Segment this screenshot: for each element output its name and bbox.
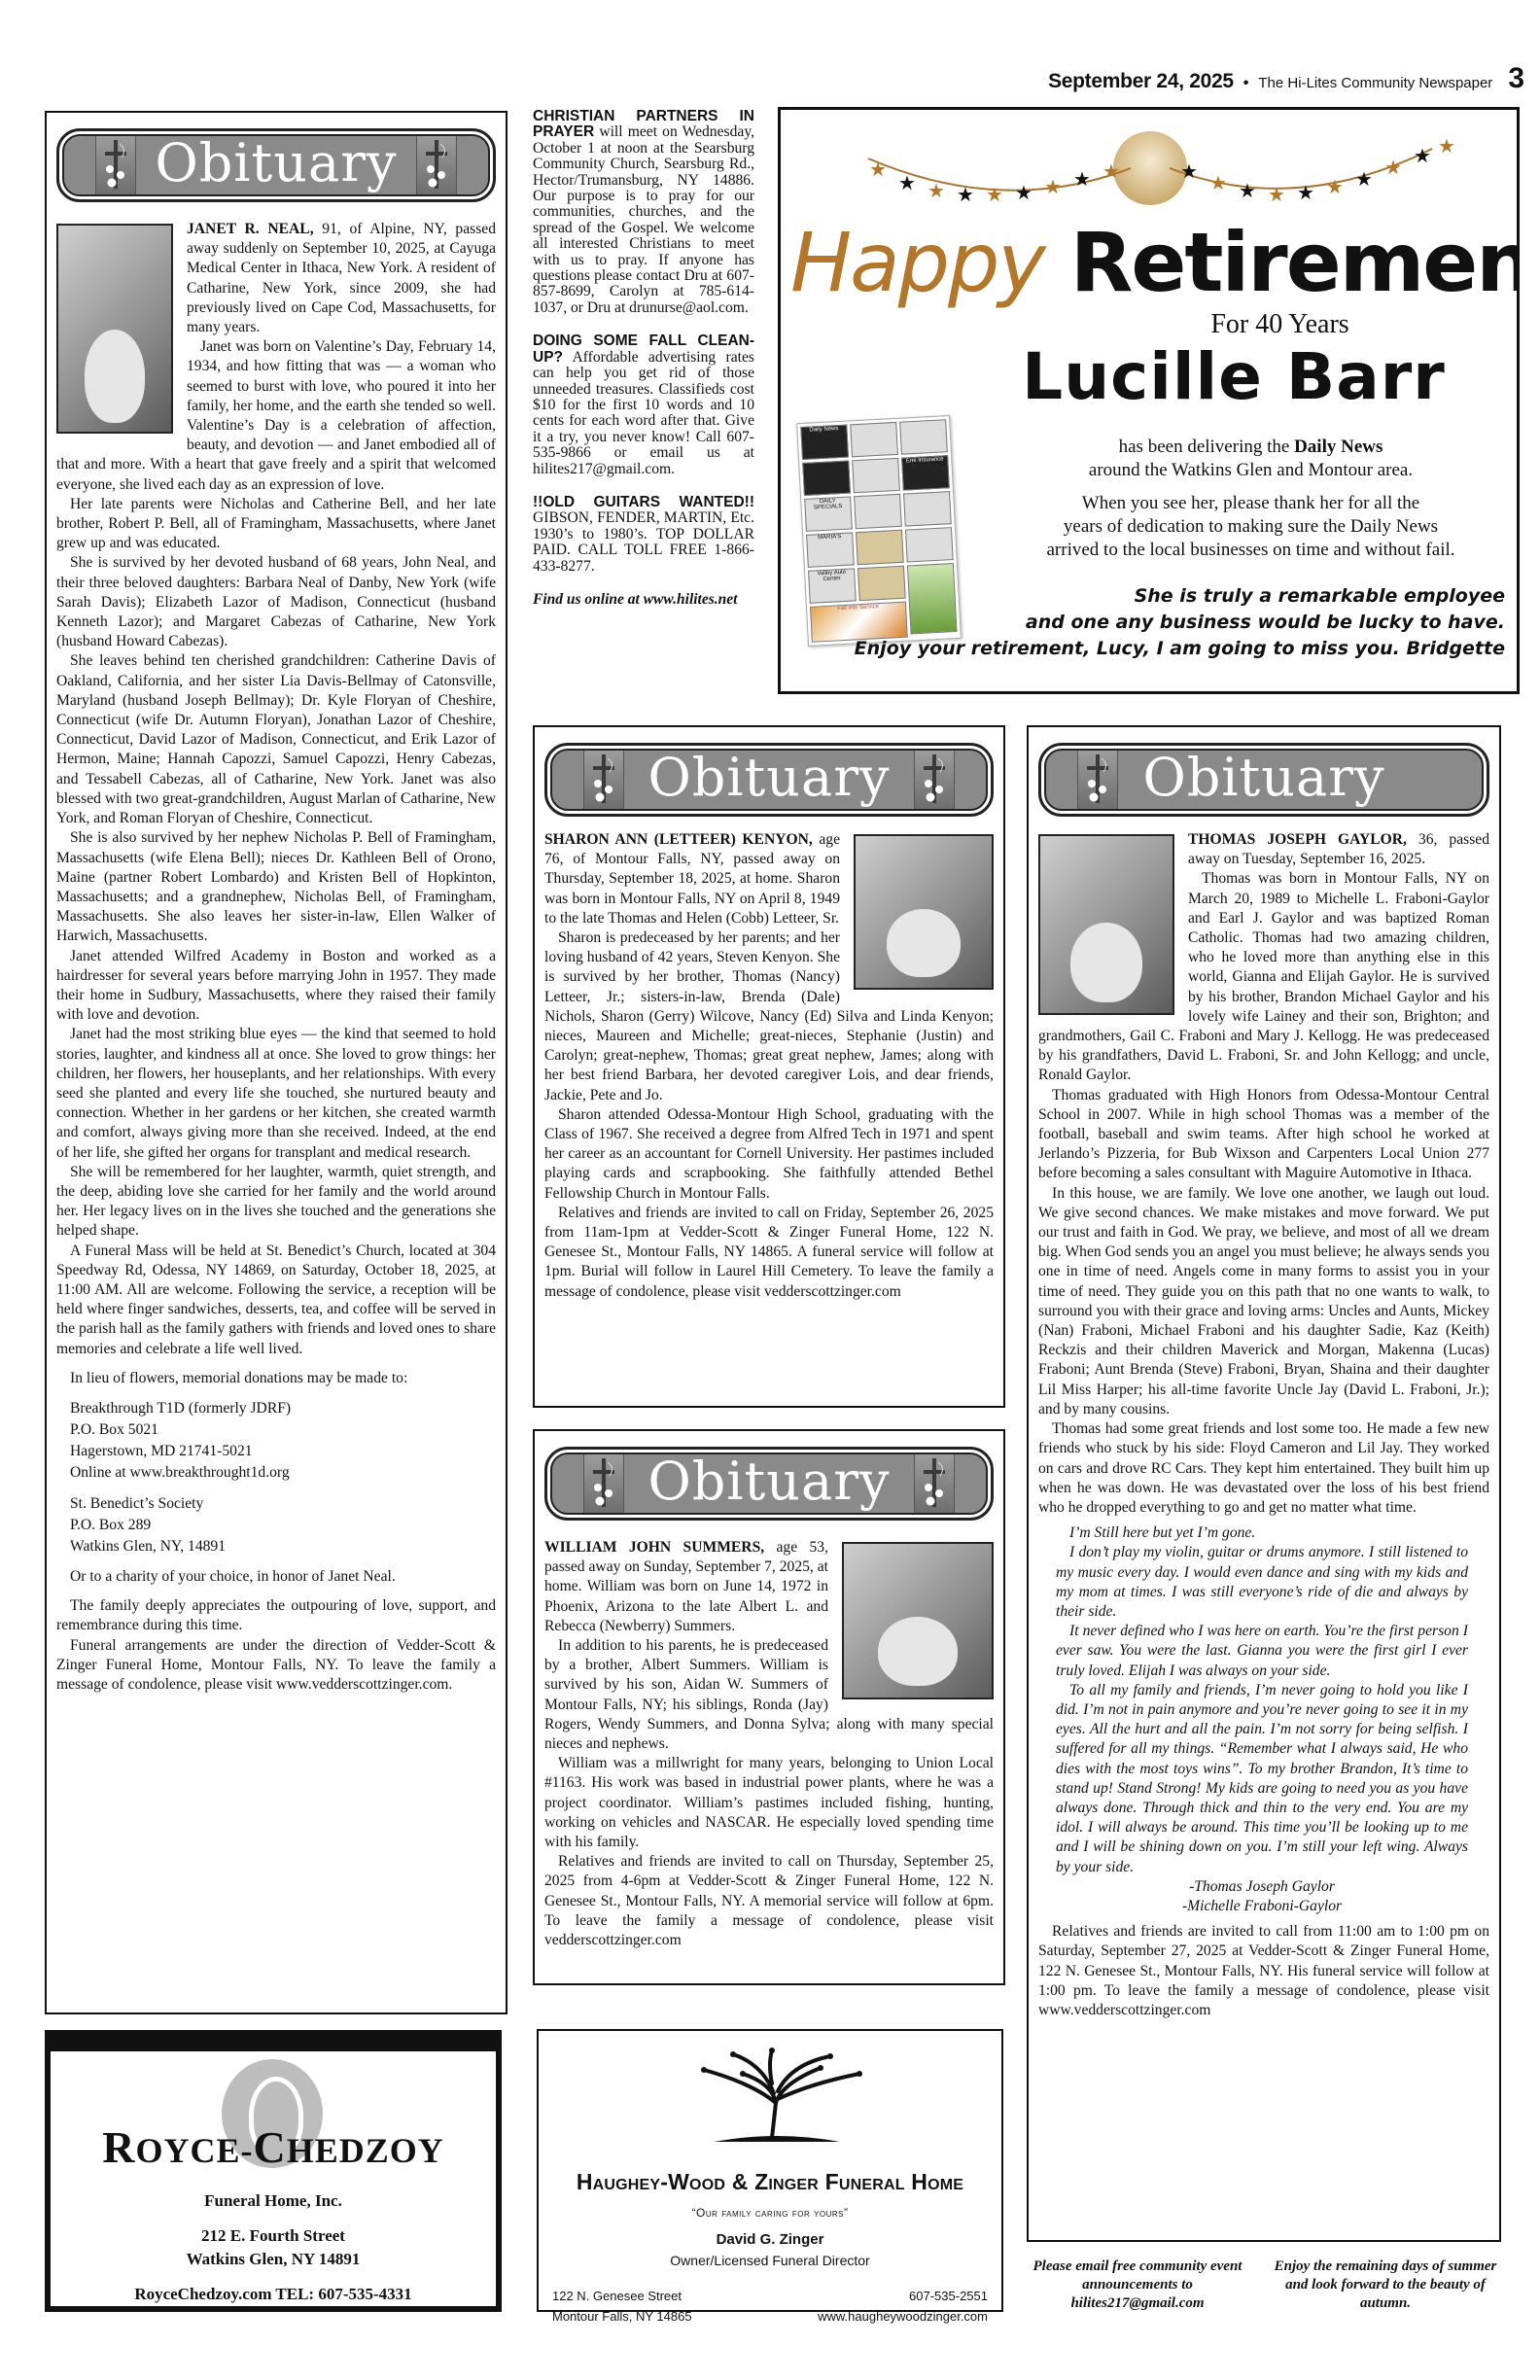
- collage-tile: [802, 461, 851, 496]
- name-part: C: [253, 2122, 286, 2172]
- page-number: 3: [1508, 62, 1524, 95]
- address-line: P.O. Box 289: [70, 1515, 496, 1536]
- obituary-janet-neal: Obituary JANET R. NEAL, 91, of Alpine, N…: [45, 111, 507, 2014]
- obituary-banner: Obituary: [544, 1447, 994, 1521]
- masthead: September 24, 2025 • The Hi-Lites Commun…: [1048, 62, 1524, 91]
- director-name: David G. Zinger: [539, 2231, 1001, 2248]
- website-link[interactable]: Find us online at www.hilites.net: [533, 592, 754, 608]
- svg-text:★: ★: [1438, 136, 1455, 157]
- obituary-sharon-kenyon: Obituary SHARON ANN (LETTEER) KENYON, ag…: [533, 725, 1005, 1408]
- poem-stanza: It never defined who I was here on earth…: [1056, 1622, 1468, 1681]
- portrait-photo-janet-neal: [56, 224, 173, 434]
- message-line: has been delivering the: [1119, 437, 1294, 457]
- closing-line: She is truly a remarkable employee: [790, 583, 1505, 610]
- portrait-photo-sharon-kenyon: [854, 834, 994, 990]
- star-garland-icon: ★★★★★★★★★ ★★★★★★★★★★: [839, 129, 1461, 227]
- address-line: Hagerstown, MD 21741-5021: [70, 1441, 496, 1462]
- obituary-thomas-gaylor: Obituary THOMAS JOSEPH GAYLOR, 36, passe…: [1027, 725, 1501, 2242]
- svg-text:★: ★: [1239, 181, 1256, 202]
- tree-logo-icon: [675, 2045, 879, 2146]
- obit-paragraph: Relatives and friends are invited to cal…: [544, 1204, 994, 1302]
- address-block: 122 N. Genesee Street Montour Falls, NY …: [552, 2286, 692, 2327]
- portrait-photo-thomas-gaylor: [1038, 834, 1174, 1015]
- cross-lily-icon: [1077, 751, 1118, 809]
- portrait-photo-william-summers: [842, 1542, 994, 1699]
- donation-other: Or to a charity of your choice, in honor…: [56, 1567, 496, 1587]
- obit-paragraph: A Funeral Mass will be held at St. Bened…: [56, 1242, 496, 1359]
- svg-text:★: ★: [1355, 169, 1373, 191]
- email-announcement-note: Please email free community event announ…: [1021, 2257, 1254, 2313]
- contact-line[interactable]: RoyceChedzoy.com TEL: 607-535-4331: [51, 2285, 496, 2304]
- svg-text:★: ★: [1384, 157, 1402, 179]
- address-line: 212 E. Fourth Street: [51, 2226, 496, 2246]
- message-line: arrived to the local businesses on time …: [995, 539, 1507, 562]
- svg-text:★: ★: [1180, 161, 1198, 183]
- phone-number[interactable]: 607-535-2551: [818, 2286, 988, 2306]
- collage-tile: [899, 419, 948, 454]
- banner-title: Obituary: [647, 752, 890, 804]
- funeral-home-name: Haughey-Wood & Zinger Funeral Home: [539, 2169, 1001, 2195]
- obit-paragraph: Thomas had some great friends and lost s…: [1038, 1419, 1489, 1518]
- svg-text:★: ★: [1044, 177, 1062, 198]
- obit-paragraph: Relatives and friends are invited to cal…: [544, 1852, 994, 1950]
- poem-stanza: I don’t play my violin, guitar or drums …: [1056, 1543, 1468, 1622]
- decedent-name: JANET R. NEAL,: [187, 221, 314, 237]
- collage-tile: [852, 458, 900, 493]
- donation-link[interactable]: Online at www.breakthrought1d.org: [70, 1462, 496, 1484]
- classifieds-column: CHRISTIAN PARTNERS IN PRAYER will meet o…: [533, 109, 754, 625]
- obit-paragraph: She is survived by her devoted husband o…: [56, 553, 496, 651]
- seasonal-note: Enjoy the remaining days of summer and l…: [1264, 2257, 1507, 2313]
- banner-title: Obituary: [647, 1455, 890, 1508]
- address-line: Montour Falls, NY 14865: [552, 2306, 692, 2327]
- retirement-message: has been delivering the Daily News aroun…: [995, 436, 1507, 562]
- obit-paragraph: She is also survived by her nephew Nicho…: [56, 828, 496, 946]
- cross-lily-icon: [914, 1454, 955, 1513]
- address-line: P.O. Box 5021: [70, 1419, 496, 1441]
- address-line: St. Benedict’s Society: [70, 1493, 496, 1515]
- svg-text:★: ★: [1102, 161, 1120, 183]
- svg-text:★: ★: [957, 185, 974, 206]
- classified-cleanup: DOING SOME FALL CLEAN-UP? Affordable adv…: [533, 333, 754, 477]
- collage-tile: [856, 530, 904, 565]
- decedent-name: WILLIAM JOHN SUMMERS,: [544, 1539, 764, 1556]
- collage-tile: [850, 422, 898, 457]
- cross-lily-icon: [95, 136, 136, 194]
- obit-paragraph: William was a millwright for many years,…: [544, 1754, 994, 1852]
- cross-lily-icon: [583, 1454, 624, 1513]
- name-part: R: [102, 2122, 135, 2172]
- obit-paragraph: In this house, we are family. We love on…: [1038, 1184, 1489, 1419]
- obit-paragraph: Sharon attended Odessa-Montour High Scho…: [544, 1105, 994, 1204]
- collage-tile: Daily News: [800, 425, 849, 460]
- address-line: Watkins Glen, NY 14891: [51, 2250, 496, 2269]
- obit-paragraph: Funeral arrangements are under the direc…: [56, 1636, 496, 1696]
- address-line: Watkins Glen, NY, 14891: [70, 1536, 496, 1557]
- svg-text:★: ★: [1414, 146, 1431, 167]
- separator: •: [1243, 75, 1249, 92]
- collage-tile: Erie Insurance: [901, 455, 950, 490]
- classified-body: Affordable advertising rates can help yo…: [533, 349, 754, 477]
- address-line: Breakthrough T1D (formerly JDRF): [70, 1398, 496, 1419]
- svg-text:★: ★: [1209, 173, 1227, 194]
- paper-name: The Hi-Lites Community Newspaper: [1258, 75, 1492, 91]
- funeral-home-name: ROYCE-CHEDZOY: [51, 2121, 496, 2173]
- poem-signature: -Michelle Fraboni-Gaylor: [1056, 1897, 1468, 1916]
- svg-text:★: ★: [1268, 185, 1285, 206]
- royce-chedzoy-ad: ROYCE-CHEDZOY Funeral Home, Inc. 212 E. …: [45, 2030, 502, 2312]
- poem-signature: -Thomas Joseph Gaylor: [1056, 1877, 1468, 1897]
- retiree-name: Lucille Barr: [951, 339, 1517, 414]
- message-line: When you see her, please thank her for a…: [995, 492, 1507, 515]
- tagline: “Our family caring for yours”: [539, 2206, 1001, 2220]
- retirement-closing: She is truly a remarkable employee and o…: [790, 583, 1505, 662]
- name-part: HEDZOY: [287, 2131, 444, 2170]
- donation-st-benedicts: St. Benedict’s Society P.O. Box 289 Watk…: [56, 1493, 496, 1557]
- classified-guitars: !!OLD GUITARS WANTED!! GIBSON, FENDER, M…: [533, 495, 754, 575]
- donation-intro: In lieu of flowers, memorial donations m…: [56, 1369, 496, 1388]
- retirement-ad: ★★★★★★★★★ ★★★★★★★★★★ Happy Retirement Fo…: [778, 107, 1520, 694]
- svg-text:★: ★: [898, 173, 916, 194]
- message-line: around the Watkins Glen and Montour area…: [995, 459, 1507, 482]
- closing-line: Enjoy your retirement, Lucy, I am going …: [790, 636, 1505, 662]
- poem-stanza: To all my family and friends, I’m never …: [1056, 1681, 1468, 1877]
- daily-news-name: Daily News: [1294, 437, 1382, 457]
- funeral-home-subtitle: Funeral Home, Inc.: [51, 2191, 496, 2211]
- name-part: OYCE: [135, 2131, 240, 2170]
- obit-paragraph: Janet had the most striking blue eyes — …: [56, 1025, 496, 1162]
- collage-tile: MARIA'S: [806, 532, 855, 567]
- svg-text:★: ★: [1326, 177, 1344, 198]
- memorial-poem: I’m Still here but yet I’m gone. I don’t…: [1056, 1523, 1468, 1916]
- obituary-william-summers: Obituary WILLIAM JOHN SUMMERS, age 53, p…: [533, 1429, 1005, 1985]
- years-of-service: For 40 Years: [1043, 309, 1517, 340]
- obit-paragraph: 91, of Alpine, NY, passed away suddenly …: [187, 221, 496, 335]
- svg-text:★: ★: [1073, 169, 1091, 191]
- svg-text:★: ★: [869, 159, 887, 181]
- collage-tile: [903, 491, 952, 526]
- obit-paragraph: She leaves behind ten cherished grandchi…: [56, 651, 496, 828]
- banner-title: Obituary: [1142, 752, 1384, 804]
- poem-stanza: I’m Still here but yet I’m gone.: [1056, 1523, 1468, 1543]
- banner-title: Obituary: [155, 137, 397, 190]
- classified-heading: !!OLD GUITARS WANTED!!: [533, 494, 754, 510]
- director-title: Owner/Licensed Funeral Director: [539, 2253, 1001, 2268]
- cross-lily-icon: [583, 751, 624, 809]
- website-link[interactable]: www.haugheywoodzinger.com: [818, 2306, 988, 2327]
- retirement-heading: Happy Retirement: [790, 222, 1520, 303]
- collage-tile: [854, 494, 902, 529]
- obit-paragraph: Thomas graduated with High Honors from O…: [1038, 1086, 1489, 1184]
- decedent-name: SHARON ANN (LETTEER) KENYON,: [544, 831, 813, 848]
- issue-date: September 24, 2025: [1048, 70, 1234, 93]
- svg-text:★: ★: [1297, 183, 1314, 204]
- classified-body: GIBSON, FENDER, MARTIN, Etc. 1930’s to 1…: [533, 509, 754, 574]
- collage-tile: [905, 527, 954, 562]
- obituary-banner: Obituary: [56, 128, 496, 202]
- classified-body: will meet on Wednesday, October 1 at noo…: [533, 123, 754, 315]
- svg-text:★: ★: [1015, 183, 1032, 204]
- name-part: -: [240, 2131, 253, 2170]
- obit-paragraph: The family deeply appreciates the outpou…: [56, 1596, 496, 1635]
- svg-text:★: ★: [986, 185, 1003, 206]
- obituary-banner: Obituary: [544, 743, 994, 817]
- contact-block: 607-535-2551 www.haugheywoodzinger.com: [818, 2286, 988, 2327]
- decedent-name: THOMAS JOSEPH GAYLOR,: [1188, 831, 1407, 848]
- svg-text:★: ★: [927, 181, 945, 202]
- donation-breakthrough-t1d: Breakthrough T1D (formerly JDRF) P.O. Bo…: [56, 1398, 496, 1484]
- closing-line: and one any business would be lucky to h…: [790, 610, 1505, 636]
- haughey-wood-zinger-ad: Haughey-Wood & Zinger Funeral Home “Our …: [537, 2029, 1003, 2312]
- obituary-banner: Obituary: [1038, 743, 1489, 817]
- cross-lily-icon: [914, 751, 955, 809]
- classified-prayer: CHRISTIAN PARTNERS IN PRAYER will meet o…: [533, 109, 754, 316]
- message-line: years of dedication to making sure the D…: [995, 515, 1507, 539]
- obit-paragraph: Her late parents were Nicholas and Cathe…: [56, 495, 496, 554]
- cross-lily-icon: [416, 136, 457, 194]
- happy-word: Happy: [790, 215, 1044, 310]
- obit-paragraph: Janet attended Wilfred Academy in Boston…: [56, 947, 496, 1026]
- obit-paragraph: She will be remembered for her laughter,…: [56, 1163, 496, 1242]
- collage-tile: DAILY SPECIALS: [804, 496, 853, 531]
- address-line: 122 N. Genesee Street: [552, 2286, 692, 2306]
- retirement-word: Retirement: [1070, 215, 1520, 310]
- obit-paragraph: Relatives and friends are invited to cal…: [1038, 1922, 1489, 2020]
